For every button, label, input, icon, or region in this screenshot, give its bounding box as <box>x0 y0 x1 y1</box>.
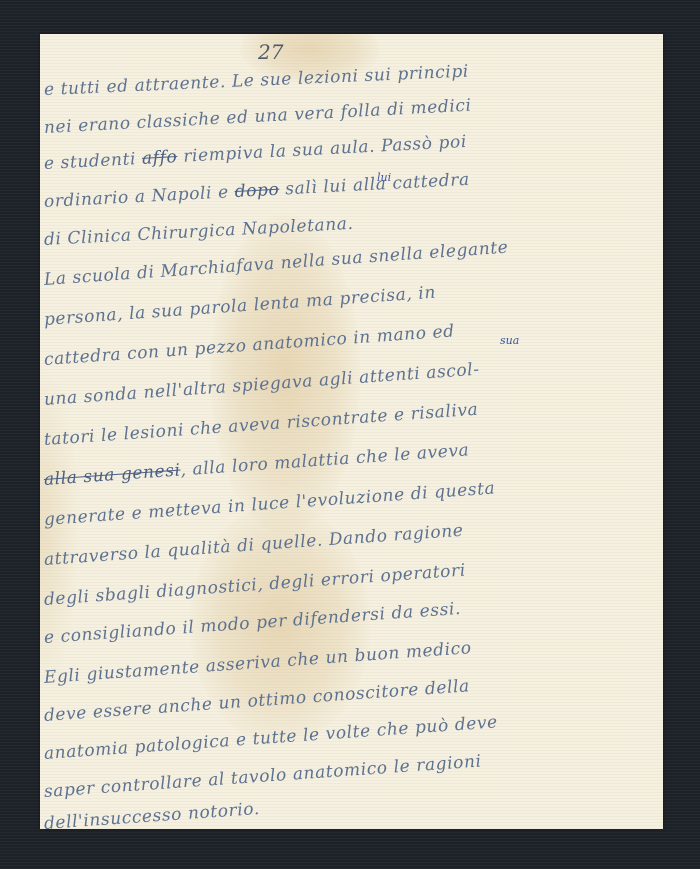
manuscript-page: 27 e tutti ed attraente. Le sue lezioni … <box>40 34 663 829</box>
line-text: riempiva la sua aula. Passò poi <box>177 132 468 167</box>
handwritten-line: e studenti affo riempiva la sua aula. Pa… <box>43 132 467 174</box>
handwritten-line: nei erano classiche ed una vera folla di… <box>43 96 472 138</box>
struck-word: affo <box>141 147 177 169</box>
handwritten-line: dell'insuccesso notorio. <box>43 799 260 829</box>
page-number: 27 <box>258 40 283 64</box>
line-text: dell'insuccesso notorio. <box>43 799 260 829</box>
line-text: nei erano classiche ed una vera folla di… <box>43 96 472 138</box>
line-text: salì lui alla cattedra <box>279 170 470 200</box>
interlinear-insertion: sua <box>500 334 519 347</box>
line-text: La <box>43 268 73 290</box>
struck-word: dopo <box>234 180 280 202</box>
handwritten-line: ordinario a Napoli e dopo salì lui alla … <box>43 170 470 212</box>
line-text: e studenti <box>43 149 142 174</box>
line-text: ordinario a Napoli e <box>43 182 235 212</box>
interlinear-insertion: lui <box>377 171 391 184</box>
